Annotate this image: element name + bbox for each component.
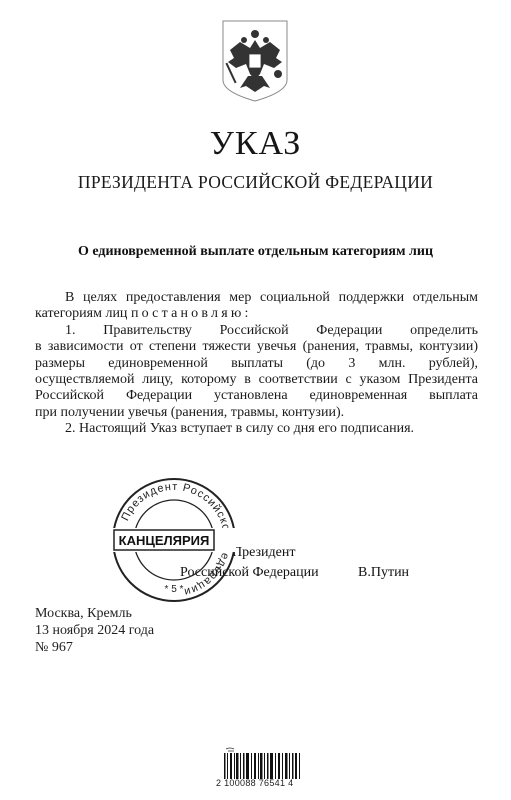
item-1-line: осуществляемой лицу, которому в соответс… — [35, 372, 478, 388]
item-1-line: в зависимости от степени тяжести увечья … — [35, 339, 478, 355]
chancellery-stamp-icon: Президент Российской Федерации КАНЦЕЛЯРИ… — [110, 476, 238, 604]
item-2: 2. Настоящий Указ вступает в силу со дня… — [35, 421, 478, 437]
coat-of-arms-icon — [220, 18, 290, 103]
item-1-line: 1. Правительству Российской Федерации оп… — [35, 323, 478, 339]
document-subtitle: ПРЕЗИДЕНТА РОССИЙСКОЙ ФЕДЕРАЦИИ — [0, 172, 511, 193]
decree-body: В целях предоставления мер социальной по… — [35, 290, 478, 438]
signatory-title-1: Президент — [232, 545, 295, 561]
decree-verb: постановляю: — [131, 306, 252, 321]
decree-number: № 967 — [35, 639, 154, 656]
preamble-text: категориям лиц — [35, 306, 131, 321]
signing-details: Москва, Кремль 13 ноября 2024 года № 967 — [35, 605, 154, 656]
document-title: УКАЗ — [0, 125, 511, 163]
item-1-line: размеры единовременной выплаты (до 3 млн… — [35, 356, 478, 372]
preamble-line-1: В целях предоставления мер социальной по… — [35, 290, 478, 306]
svg-text:* 5 *: * 5 * — [165, 584, 184, 595]
barcode-number: 2 100088 76541 4 — [216, 778, 293, 788]
decree-heading: О единовременной выплате отдельным катег… — [0, 244, 511, 260]
item-1-line: при получении увечья (ранения, травмы, к… — [35, 405, 478, 421]
item-1-line: Российской Федерации установлена единовр… — [35, 388, 478, 404]
signing-place: Москва, Кремль — [35, 605, 154, 622]
barcode-icon — [222, 747, 302, 779]
signatory-name: В.Путин — [358, 565, 409, 581]
preamble-line-2: категориям лиц постановляю: — [35, 306, 478, 322]
signing-date: 13 ноября 2024 года — [35, 622, 154, 639]
svg-text:КАНЦЕЛЯРИЯ: КАНЦЕЛЯРИЯ — [119, 533, 210, 548]
